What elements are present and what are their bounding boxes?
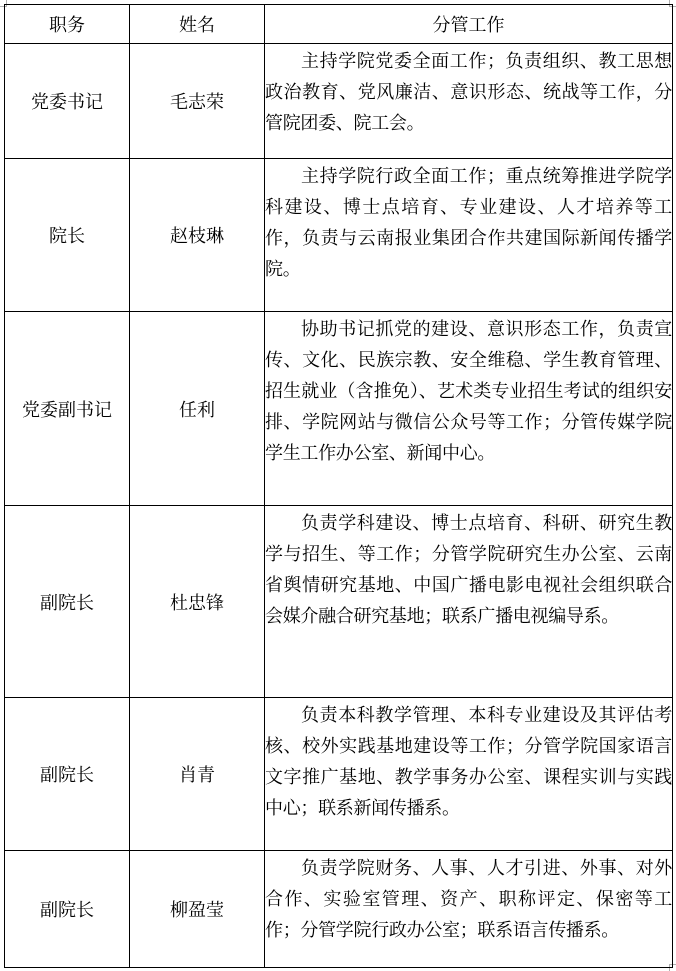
cell-duties: 主持学院党委全面工作；负责组织、教工思想政治教育、党风廉洁、意识形态、统战等工作… <box>265 44 673 159</box>
table-row: 院长 赵枝琳 主持学院行政全面工作；重点统筹推进学院学科建设、博士点培育、专业建… <box>5 159 673 312</box>
header-name: 姓名 <box>130 5 265 44</box>
table-row: 党委副书记 任利 协助书记抓党的建设、意识形态工作，负责宣传、文化、民族宗教、安… <box>5 312 673 506</box>
cell-name: 毛志荣 <box>130 44 265 159</box>
header-duties: 分管工作 <box>265 5 673 44</box>
duties-text: 主持学院行政全面工作；重点统筹推进学院学科建设、博士点培育、专业建设、人才培养等… <box>265 159 672 287</box>
cell-role: 副院长 <box>5 851 130 968</box>
table-row: 副院长 杜忠锋 负责学科建设、博士点培育、科研、研究生教学与招生、等工作；分管学… <box>5 506 673 698</box>
cell-role: 副院长 <box>5 506 130 698</box>
cell-name: 柳盈莹 <box>130 851 265 968</box>
cell-role: 党委书记 <box>5 44 130 159</box>
cell-role: 院长 <box>5 159 130 312</box>
duties-text: 协助书记抓党的建设、意识形态工作，负责宣传、文化、民族宗教、安全维稳、学生教育管… <box>265 312 672 471</box>
duties-text: 负责本科教学管理、本科专业建设及其评估考核、校外实践基地建设等工作；分管学院国家… <box>265 698 672 826</box>
duties-text: 负责学科建设、博士点培育、科研、研究生教学与招生、等工作；分管学院研究生办公室、… <box>265 506 672 634</box>
cell-role: 党委副书记 <box>5 312 130 506</box>
cell-name: 杜忠锋 <box>130 506 265 698</box>
duties-text: 主持学院党委全面工作；负责组织、教工思想政治教育、党风廉洁、意识形态、统战等工作… <box>265 44 672 141</box>
cell-name: 赵枝琳 <box>130 159 265 312</box>
table-row: 党委书记 毛志荣 主持学院党委全面工作；负责组织、教工思想政治教育、党风廉洁、意… <box>5 44 673 159</box>
table-header-row: 职务 姓名 分管工作 <box>5 5 673 44</box>
cell-duties: 负责学科建设、博士点培育、科研、研究生教学与招生、等工作；分管学院研究生办公室、… <box>265 506 673 698</box>
cell-duties: 主持学院行政全面工作；重点统筹推进学院学科建设、博士点培育、专业建设、人才培养等… <box>265 159 673 312</box>
cell-role: 副院长 <box>5 698 130 851</box>
cell-duties: 协助书记抓党的建设、意识形态工作，负责宣传、文化、民族宗教、安全维稳、学生教育管… <box>265 312 673 506</box>
header-role: 职务 <box>5 5 130 44</box>
table-row: 副院长 肖青 负责本科教学管理、本科专业建设及其评估考核、校外实践基地建设等工作… <box>5 698 673 851</box>
cell-duties: 负责学院财务、人事、人才引进、外事、对外合作、实验室管理、资产、职称评定、保密等… <box>265 851 673 968</box>
cell-name: 任利 <box>130 312 265 506</box>
cell-name: 肖青 <box>130 698 265 851</box>
duties-text: 负责学院财务、人事、人才引进、外事、对外合作、实验室管理、资产、职称评定、保密等… <box>265 851 672 948</box>
cell-duties: 负责本科教学管理、本科专业建设及其评估考核、校外实践基地建设等工作；分管学院国家… <box>265 698 673 851</box>
leadership-duties-table: 职务 姓名 分管工作 党委书记 毛志荣 主持学院党委全面工作；负责组织、教工思想… <box>4 4 673 968</box>
table-row: 副院长 柳盈莹 负责学院财务、人事、人才引进、外事、对外合作、实验室管理、资产、… <box>5 851 673 968</box>
